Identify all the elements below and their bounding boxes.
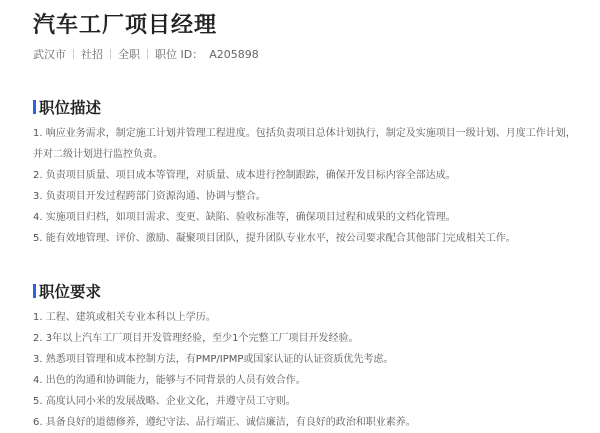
meta-divider [147, 49, 148, 59]
section-job-requirements: 职位要求 1. 工程、建筑或相关专业本科以上学历。 2. 3年以上汽车工厂项目开… [33, 280, 600, 433]
list-item-continuation: 并对二级计划进行监控负责。 [33, 144, 600, 165]
list-item: 6. 具备良好的道德修养，遵纪守法、品行端正、诚信廉洁，有良好的政治和职业素养。 [33, 412, 600, 433]
section-job-description: 职位描述 1. 响应业务需求，制定施工计划并管理工程进度。包括负责项目总体计划执… [33, 96, 600, 249]
section-heading: 职位要求 [33, 280, 600, 302]
list-item: 1. 响应业务需求，制定施工计划并管理工程进度。包括负责项目总体计划执行，制定及… [33, 123, 600, 144]
meta-id-value: A205898 [209, 48, 259, 61]
list-item: 2. 负责项目质量、项目成本等管理，对质量、成本进行控制跟踪，确保开发目标内容全… [33, 165, 600, 186]
meta-id-label: 职位 ID： [155, 46, 203, 62]
list-item: 1. 工程、建筑或相关专业本科以上学历。 [33, 307, 600, 328]
list-item: 3. 熟悉项目管理和成本控制方法，有PMP/IPMP或国家认证的认证资质优先考虑… [33, 349, 600, 370]
job-meta: 武汉市 社招 全职 职位 ID： A205898 [33, 46, 259, 62]
list-item: 5. 高度认同小米的发展战略、企业文化，并遵守员工守则。 [33, 391, 600, 412]
section-heading: 职位描述 [33, 96, 600, 118]
section-heading-label: 职位要求 [39, 280, 101, 302]
accent-bar-icon [33, 284, 36, 298]
list-item: 4. 出色的沟通和协调能力，能够与不同背景的人员有效合作。 [33, 370, 600, 391]
job-title: 汽车工厂项目经理 [33, 8, 217, 39]
meta-city: 武汉市 [33, 46, 66, 62]
requirements-list: 1. 工程、建筑或相关专业本科以上学历。 2. 3年以上汽车工厂项目开发管理经验… [33, 307, 600, 433]
meta-recruit-type: 社招 [81, 46, 103, 62]
meta-divider [73, 49, 74, 59]
list-item: 4. 实施项目归档，如项目需求、变更、缺陷、验收标准等，确保项目过程和成果的文档… [33, 207, 600, 228]
section-heading-label: 职位描述 [39, 96, 101, 118]
list-item: 3. 负责项目开发过程跨部门资源沟通、协调与整合。 [33, 186, 600, 207]
meta-divider [110, 49, 111, 59]
meta-work-type: 全职 [118, 46, 140, 62]
description-list: 1. 响应业务需求，制定施工计划并管理工程进度。包括负责项目总体计划执行，制定及… [33, 123, 600, 249]
accent-bar-icon [33, 100, 36, 114]
list-item: 5. 能有效地管理、评价、激励、凝聚项目团队，提升团队专业水平，按公司要求配合其… [33, 228, 600, 249]
list-item: 2. 3年以上汽车工厂项目开发管理经验，至少1个完整工厂项目开发经验。 [33, 328, 600, 349]
